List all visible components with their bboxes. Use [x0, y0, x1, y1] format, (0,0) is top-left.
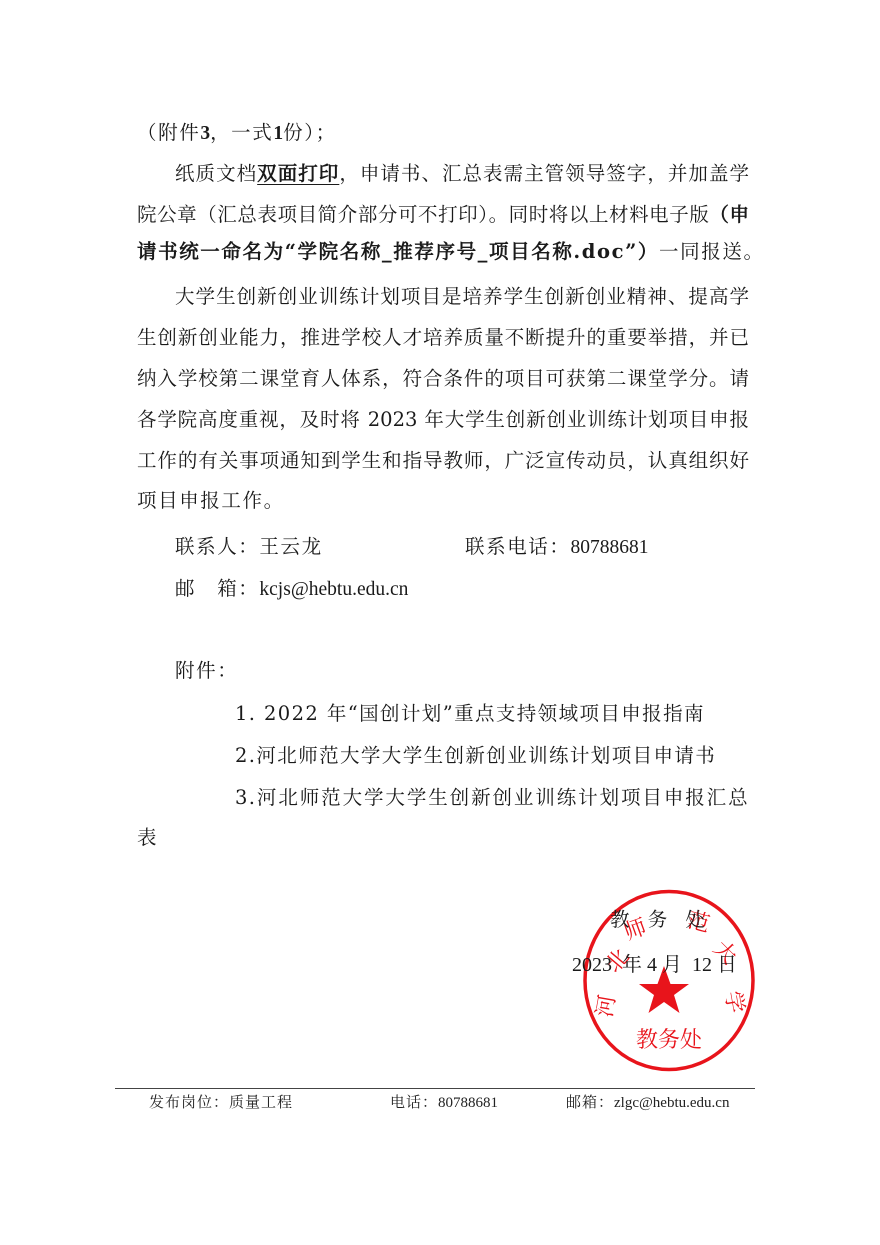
contact-phone: 联系电话：80788681 [465, 535, 649, 560]
text: （附件 [137, 121, 200, 144]
email-line: 邮 箱：kcjs@hebtu.edu.cn [175, 577, 749, 602]
footer-phone-value: 80788681 [438, 1095, 498, 1111]
footer-post: 发布岗位：质量工程 [149, 1093, 293, 1111]
body-paragraph-line: 生创新创业能力，推进学校人才培养质量不断提升的重要举措，并已 [137, 326, 749, 350]
copy-count: 1 [273, 123, 283, 144]
seal-ring-char: 学 [719, 989, 747, 1015]
seal-ring-char: 河 [592, 993, 620, 1019]
double-sided-print-emphasis: 双面打印 [257, 162, 339, 185]
email-address[interactable]: kcjs@hebtu.edu.cn [259, 579, 408, 600]
seal-bottom-text: 教务处 [636, 1028, 702, 1053]
body-paragraph-line: 项目申报工作。 [137, 489, 749, 513]
attachment-item-3: 3.河北师范大学大学生创新创业训练计划项目申报汇总 [235, 786, 749, 810]
footer-post-label: 发布岗位： [149, 1093, 229, 1111]
attachment-number: 3 [200, 123, 210, 144]
text: 纸质文档 [175, 162, 257, 185]
paper-docs-line-3: 请书统一命名为“学院名称_推荐序号_项目名称.doc”）一同报送。 [137, 240, 749, 264]
email-label: 邮 箱： [175, 577, 259, 600]
footer-divider [115, 1088, 755, 1089]
footer-email: 邮箱：zlgc@hebtu.edu.cn [566, 1093, 729, 1112]
paper-docs-line-1: 纸质文档双面打印，申请书、汇总表需主管领导签字，并加盖学 [175, 162, 749, 186]
document-page: （附件3，一式1份）； 纸质文档双面打印，申请书、汇总表需主管领导签字，并加盖学… [0, 0, 880, 1245]
attachment-3-copies-line: （附件3，一式1份）； [137, 121, 749, 146]
attachments-heading: 附件： [175, 659, 749, 683]
footer-email-value[interactable]: zlgc@hebtu.edu.cn [614, 1095, 729, 1111]
footer-email-label: 邮箱： [566, 1093, 614, 1111]
text: ，申请书、汇总表需主管领导签字，并加盖学 [339, 162, 749, 185]
text: ，一式 [210, 121, 273, 144]
contact-person-label: 联系人： [175, 535, 259, 558]
signing-office: 教 务 处 [610, 908, 770, 932]
text: 一同报送。 [659, 240, 765, 263]
naming-rule-bold: 请书统一命名为“学院名称_推荐序号_项目名称.doc”） [137, 240, 659, 263]
attachment-item-3-wrap: 表 [137, 826, 749, 850]
footer-phone: 电话：80788681 [390, 1093, 498, 1112]
attachment-item-1: 1. 2022 年“国创计划”重点支持领域项目申报指南 [235, 702, 749, 726]
attachment-item-2: 2.河北师范大学大学生创新创业训练计划项目申请书 [235, 744, 749, 768]
body-paragraph-line: 工作的有关事项通知到学生和指导教师，广泛宣传动员，认真组织好 [137, 449, 749, 473]
contact-phone-number: 80788681 [571, 537, 649, 558]
signing-date: 2023 年 4 月 12 日 [572, 953, 772, 977]
body-paragraph-line: 各学院高度重视，及时将 2023 年大学生创新创业训练计划项目申报 [137, 408, 749, 432]
footer-phone-label: 电话： [390, 1093, 438, 1111]
contact-line: 联系人：王云龙 联系电话：80788681 [175, 535, 749, 559]
contact-phone-label: 联系电话： [465, 535, 571, 558]
body-paragraph-line: 大学生创新创业训练计划项目是培养学生创新创业精神、提高学 [175, 285, 749, 309]
paper-docs-line-2: 院公章（汇总表项目简介部分可不打印）。同时将以上材料电子版（申 [137, 203, 749, 227]
contact-person-name: 王云龙 [259, 535, 322, 558]
text: 院公章（汇总表项目简介部分可不打印）。同时将以上材料电子版 [137, 203, 709, 226]
naming-rule-bold: （申 [709, 203, 749, 226]
text: 份）； [283, 121, 337, 144]
body-paragraph-line: 纳入学校第二课堂育人体系，符合条件的项目可获第二课堂学分。请 [137, 367, 749, 391]
footer-post-value: 质量工程 [229, 1093, 293, 1111]
